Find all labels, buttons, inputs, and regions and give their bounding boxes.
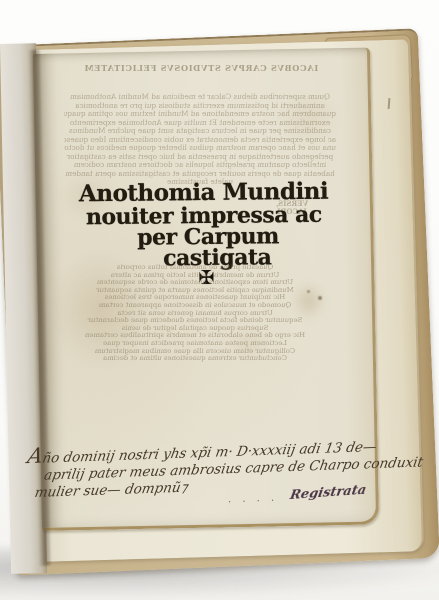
showthrough-line: Quaestio prima de anothomia totius corpo…	[56, 264, 334, 272]
showthrough-line: Superius quoque capitula legitur de ueni…	[56, 325, 334, 333]
showthrough-line: Quomodo et musculos in dissectione appar…	[56, 302, 334, 310]
showthrough-line: exornatissima recte emendent Et multis q…	[64, 119, 336, 128]
showthrough-line: Hic ergo de bene elaboratis et membris s…	[56, 332, 334, 340]
showthrough-line: habeatis quae de operis nouiter recognit…	[64, 170, 336, 179]
showthrough-line: Colliguntur etiam uiscera illa quae omni…	[56, 348, 334, 356]
book-photograph: IACOBVS CARPVS STVDIOSVS FELICITATEM Quu…	[0, 0, 439, 600]
showthrough-line: Utrum item expositionis anatomiae de cor…	[56, 279, 334, 287]
showthrough-line: ac longe experientia recta demonstrat ex…	[64, 136, 336, 145]
showthrough-line: quamobrem hac nostra emendatione ad Mund…	[64, 110, 336, 119]
showthrough-line: Hic incipiunt quaestiones numeroque tres…	[56, 294, 334, 302]
showthrough-line: Lectionem postea anatomiae praedicta ins…	[56, 340, 334, 348]
showthrough-line: Quum superioribus diebus Calcar te medic…	[64, 93, 336, 102]
showthrough-line: perlegendo auertentiaque in praesentia a…	[64, 153, 336, 162]
showthrough-line: Concluduntur extrema quaestiones ultima …	[56, 355, 334, 363]
showthrough-heading: IACOBVS CARPVS STVDIOSVS FELICITATEM	[82, 63, 320, 73]
showthrough-line: Utrum corpus humani generis uena sit rec…	[56, 310, 334, 318]
showthrough-line: intellecto quantum praelegitis loquelis …	[64, 161, 336, 170]
showthrough-line: Sequuntur deinde facta lectiones duodeci…	[56, 317, 334, 325]
showthrough-line: candidissime per quae in lectura castiga…	[64, 127, 336, 136]
showthrough-contents-list: Quaestio prima de anothomia totius corpo…	[56, 264, 334, 363]
showthrough-line: Utrum de membris capitis lectio prima ac…	[56, 272, 334, 280]
showthrough-line: Mundinique capitis lectiones quarta et q…	[56, 287, 334, 295]
showthrough-line: animaduerti id potissimum exercitia stud…	[64, 102, 336, 111]
showthrough-paragraph: Quum superioribus diebus Calcar te medic…	[64, 93, 336, 187]
showthrough-line: una uos et hanc operam nostram quibus li…	[64, 144, 336, 153]
